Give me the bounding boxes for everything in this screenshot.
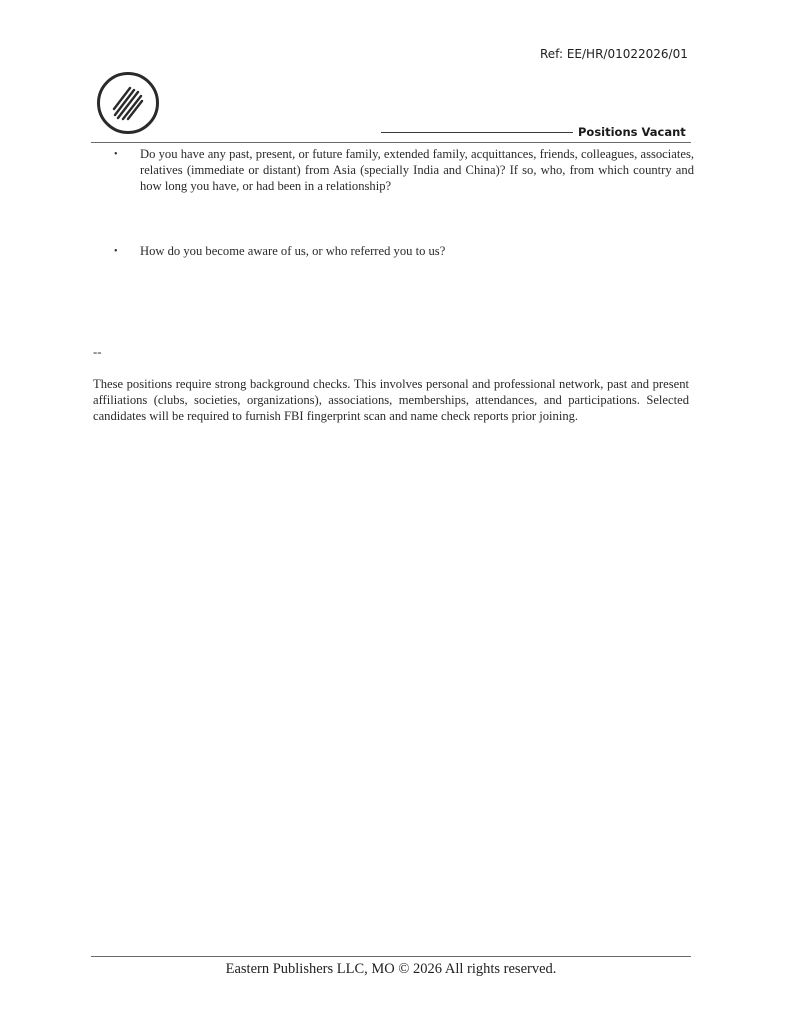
question-item: • How do you become aware of us, or who … [114,243,694,260]
separator: -- [93,344,101,360]
background-check-notice: These positions require strong backgroun… [93,376,689,424]
header-rule-short [381,132,573,133]
question-text: Do you have any past, present, or future… [140,146,694,194]
question-item: • Do you have any past, present, or futu… [114,146,694,194]
question-text: How do you become aware of us, or who re… [140,243,694,260]
footer-rule [91,956,691,957]
bullet-icon: • [114,146,140,194]
header-rule [91,142,691,143]
reference-number: Ref: EE/HR/01022026/01 [540,47,688,61]
circle-hatch-logo-icon [96,71,160,135]
section-title: Positions Vacant [578,125,686,139]
bullet-icon: • [114,243,140,260]
footer-copyright: Eastern Publishers LLC, MO © 2026 All ri… [91,961,691,978]
